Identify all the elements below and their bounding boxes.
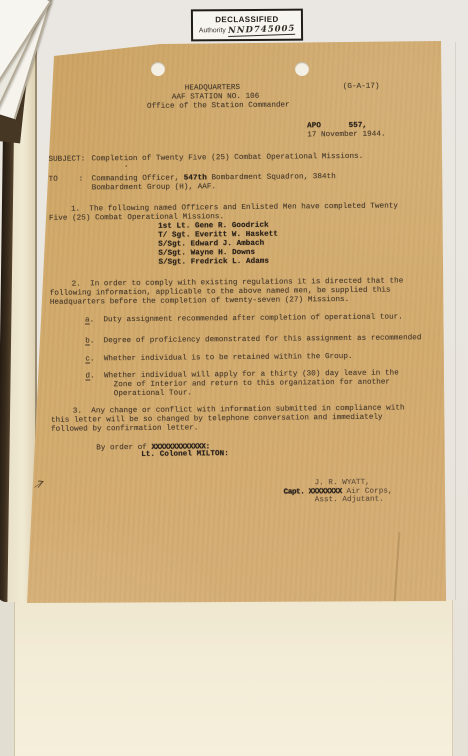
signature-title: Asst. Adjutant. (315, 496, 384, 506)
roster-name: S/Sgt. Fredrick L. Adams (158, 258, 269, 268)
to-pre: Commanding Officer, (92, 175, 184, 184)
stamp-authority-label: Authority (199, 27, 226, 34)
item-d-line3: Operational Tour. (114, 389, 192, 399)
commander-name: Lt. Colonel MILTON: (141, 450, 229, 460)
stamp-authority-line: Authority NND745005 (199, 24, 295, 36)
subject-label: SUBJECT: (48, 155, 85, 164)
item-c-dot: . (90, 355, 95, 363)
para3-line3: followed by confirmation letter. (51, 424, 199, 434)
item-a-text: Duty assignment recommended after comple… (103, 313, 403, 324)
item-d-line2: Zone of Interior and return to this orga… (114, 379, 390, 391)
stamp-title: DECLASSIFIED (215, 14, 279, 23)
to-colon: : (79, 175, 84, 184)
declassified-stamp: DECLASSIFIED Authority NND745005 (191, 9, 303, 42)
to-label: TO (49, 176, 58, 185)
subject-text: Completion of Twenty Five (25) Combat Op… (91, 153, 363, 165)
item-b: b. Degree of proficiency demonstrated fo… (85, 334, 421, 346)
item-c-text: Whether individual is to be retained wit… (104, 353, 353, 363)
background-left-lower (0, 600, 14, 756)
item-c: c. Whether individual is to be retained … (85, 353, 352, 365)
stamp-authority-number: NND745005 (228, 23, 296, 36)
para3-line2: this letter will be so changed by teleph… (51, 414, 383, 426)
date-line: 17 November 1944. (307, 131, 385, 141)
backing-page-crease (455, 42, 456, 600)
letterhead-line: Office of the Station Commander (147, 102, 290, 112)
to-addressee-line2: Bombardment Group (H), AAF. (92, 183, 216, 193)
to-squadron-overstruck: 547th (184, 174, 207, 182)
para2-line3: Headquarters before the completion of tw… (50, 296, 350, 308)
handwritten-mark: 7̸ (36, 480, 44, 492)
to-post: Bombardment Squadron, 384th (207, 173, 336, 182)
para1-line1: 1. The following named Officers and Enli… (71, 202, 398, 214)
item-a-dot: . (90, 316, 95, 324)
signature-branch: Air Corps, (342, 488, 393, 496)
scanned-document-photo: HEADQUARTERS AAF STATION NO. 106 Office … (0, 0, 468, 756)
corner-code: (G-A-17) (343, 83, 380, 92)
underlying-cream-page (14, 600, 453, 756)
item-b-text: Degree of proficiency demonstrated for t… (104, 334, 422, 345)
item-b-dot: . (90, 337, 95, 345)
pen-tick-mark: ʼ (124, 164, 127, 173)
item-d-dot: . (90, 372, 95, 380)
item-a: a. Duty assignment recommended after com… (85, 313, 403, 325)
